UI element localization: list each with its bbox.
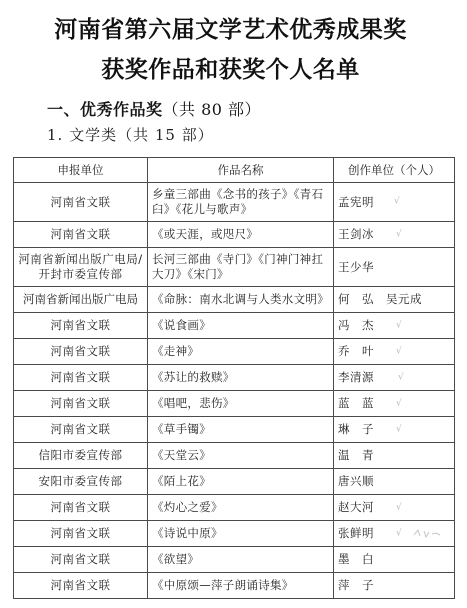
author-name: 温 青 <box>338 448 374 462</box>
check-mark-icon: √ <box>396 396 402 411</box>
check-mark-icon: √ <box>394 195 400 210</box>
author-name: 唐兴顺 <box>338 474 374 488</box>
cell-work: 《说食画》 <box>148 313 334 339</box>
author-name: 琳 子 <box>338 422 374 436</box>
section-heading-count: （共 80 部） <box>163 100 262 119</box>
cell-work: 《中原颂—萍子朗诵诗集》 <box>148 573 334 599</box>
section-heading: 一、优秀作品奖（共 80 部） <box>47 101 261 119</box>
table-row: 河南省文联 《中原颂—萍子朗诵诗集》 萍 子 <box>14 573 455 599</box>
cell-unit: 河南省文联 <box>14 417 148 443</box>
cell-author: 赵大河√ <box>334 495 455 521</box>
cell-author: 张鲜明√ <box>334 521 455 547</box>
table-row: 河南省文联 《苏让的救赎》 李清源√ <box>14 365 455 391</box>
check-mark-icon: √ <box>396 344 402 359</box>
cell-author: 萍 子 <box>334 573 455 599</box>
table-header-row: 申报单位 作品名称 创作单位（个人） <box>14 158 455 183</box>
cell-unit: 安阳市委宣传部 <box>14 469 148 495</box>
author-name: 何 弘 吴元成 <box>338 292 422 306</box>
cell-work: 《走神》 <box>148 339 334 365</box>
author-name: 蓝 蓝 <box>338 396 374 410</box>
author-name: 李清源 <box>338 370 374 384</box>
cell-work: 《天堂云》 <box>148 443 334 469</box>
table-row: 河南省文联 《草手镯》 琳 子√ <box>14 417 455 443</box>
cell-author: 孟宪明√ <box>334 183 455 222</box>
cell-work: 《草手镯》 <box>148 417 334 443</box>
table-row: 信阳市委宣传部 《天堂云》 温 青 <box>14 443 455 469</box>
table-row: 河南省文联 《诗说中原》 张鲜明√ <box>14 521 455 547</box>
author-name: 墨 白 <box>338 552 374 566</box>
author-name: 张鲜明 <box>338 526 374 540</box>
cell-author: 温 青 <box>334 443 455 469</box>
cell-author: 王少华 <box>334 248 455 287</box>
cell-unit: 河南省文联 <box>14 547 148 573</box>
author-name: 萍 子 <box>338 578 374 592</box>
header-work: 作品名称 <box>148 158 334 183</box>
author-name: 王少华 <box>338 260 374 274</box>
check-mark-icon: √ <box>396 500 402 515</box>
cell-unit: 河南省新闻出版广电局/开封市委宣传部 <box>14 248 148 287</box>
author-name: 乔 叶 <box>338 344 374 358</box>
cell-unit: 河南省文联 <box>14 391 148 417</box>
cell-work: 《或天涯，或咫尺》 <box>148 222 334 248</box>
table-row: 河南省新闻出版广电局 《命脉：南水北调与人类水文明》 何 弘 吴元成 <box>14 287 455 313</box>
cell-work: 《欲望》 <box>148 547 334 573</box>
table-row: 河南省文联 乡童三部曲《念书的孩子》《青石臼》《花儿与歌声》 孟宪明√ <box>14 183 455 222</box>
cell-work: 《诗说中原》 <box>148 521 334 547</box>
check-mark-icon: √ <box>396 318 402 333</box>
check-mark-icon: √ <box>396 227 402 242</box>
table-row: 安阳市委宣传部 《陌上花》 唐兴顺 <box>14 469 455 495</box>
cell-author: 王剑冰√ <box>334 222 455 248</box>
document-title-line2: 获奖作品和获奖个人名单 <box>0 57 464 83</box>
cell-work: 长河三部曲《寺门》《门神门神扛大刀》《宋门》 <box>148 248 334 287</box>
header-author: 创作单位（个人） <box>334 158 455 183</box>
cell-unit: 河南省文联 <box>14 521 148 547</box>
cell-work: 《灼心之爱》 <box>148 495 334 521</box>
cell-unit: 河南省文联 <box>14 339 148 365</box>
table-row: 河南省文联 《说食画》 冯 杰√ <box>14 313 455 339</box>
cell-unit: 河南省文联 <box>14 313 148 339</box>
cell-work: 乡童三部曲《念书的孩子》《青石臼》《花儿与歌声》 <box>148 183 334 222</box>
cell-unit: 河南省新闻出版广电局 <box>14 287 148 313</box>
table-row: 河南省文联 《走神》 乔 叶√ <box>14 339 455 365</box>
cell-author: 何 弘 吴元成 <box>334 287 455 313</box>
table-row: 河南省新闻出版广电局/开封市委宣传部 长河三部曲《寺门》《门神门神扛大刀》《宋门… <box>14 248 455 287</box>
cell-author: 李清源√ <box>334 365 455 391</box>
cell-unit: 河南省文联 <box>14 183 148 222</box>
cell-unit: 河南省文联 <box>14 365 148 391</box>
check-mark-icon: √ <box>396 422 402 437</box>
author-name: 冯 杰 <box>338 318 374 332</box>
header-unit: 申报单位 <box>14 158 148 183</box>
table-row: 河南省文联 《或天涯，或咫尺》 王剑冰√ <box>14 222 455 248</box>
section-heading-label: 一、优秀作品奖 <box>47 100 163 119</box>
cell-author: 唐兴顺 <box>334 469 455 495</box>
cell-author: 冯 杰√ <box>334 313 455 339</box>
subsection-heading: 1. 文学类（共 15 部） <box>47 126 214 144</box>
author-name: 赵大河 <box>338 500 374 514</box>
table-row: 河南省文联 《灼心之爱》 赵大河√ <box>14 495 455 521</box>
check-mark-icon: √ <box>398 370 404 385</box>
check-mark-icon: √ <box>396 526 402 541</box>
table-row: 河南省文联 《欲望》 墨 白 <box>14 547 455 573</box>
cell-author: 琳 子√ <box>334 417 455 443</box>
cell-unit: 河南省文联 <box>14 573 148 599</box>
cell-author: 蓝 蓝√ <box>334 391 455 417</box>
author-name: 王剑冰 <box>338 227 374 241</box>
cell-work: 《唱吧，悲伤》 <box>148 391 334 417</box>
document-title-line1: 河南省第六届文学艺术优秀成果奖 <box>0 17 464 43</box>
awards-table: 申报单位 作品名称 创作单位（个人） 河南省文联 乡童三部曲《念书的孩子》《青石… <box>13 157 455 599</box>
cell-author: 乔 叶√ <box>334 339 455 365</box>
cell-unit: 河南省文联 <box>14 495 148 521</box>
pencil-scribble-icon <box>412 527 442 539</box>
cell-unit: 信阳市委宣传部 <box>14 443 148 469</box>
author-name: 孟宪明 <box>338 195 374 209</box>
cell-unit: 河南省文联 <box>14 222 148 248</box>
cell-work: 《陌上花》 <box>148 469 334 495</box>
cell-author: 墨 白 <box>334 547 455 573</box>
cell-work: 《命脉：南水北调与人类水文明》 <box>148 287 334 313</box>
cell-work: 《苏让的救赎》 <box>148 365 334 391</box>
table-row: 河南省文联 《唱吧，悲伤》 蓝 蓝√ <box>14 391 455 417</box>
